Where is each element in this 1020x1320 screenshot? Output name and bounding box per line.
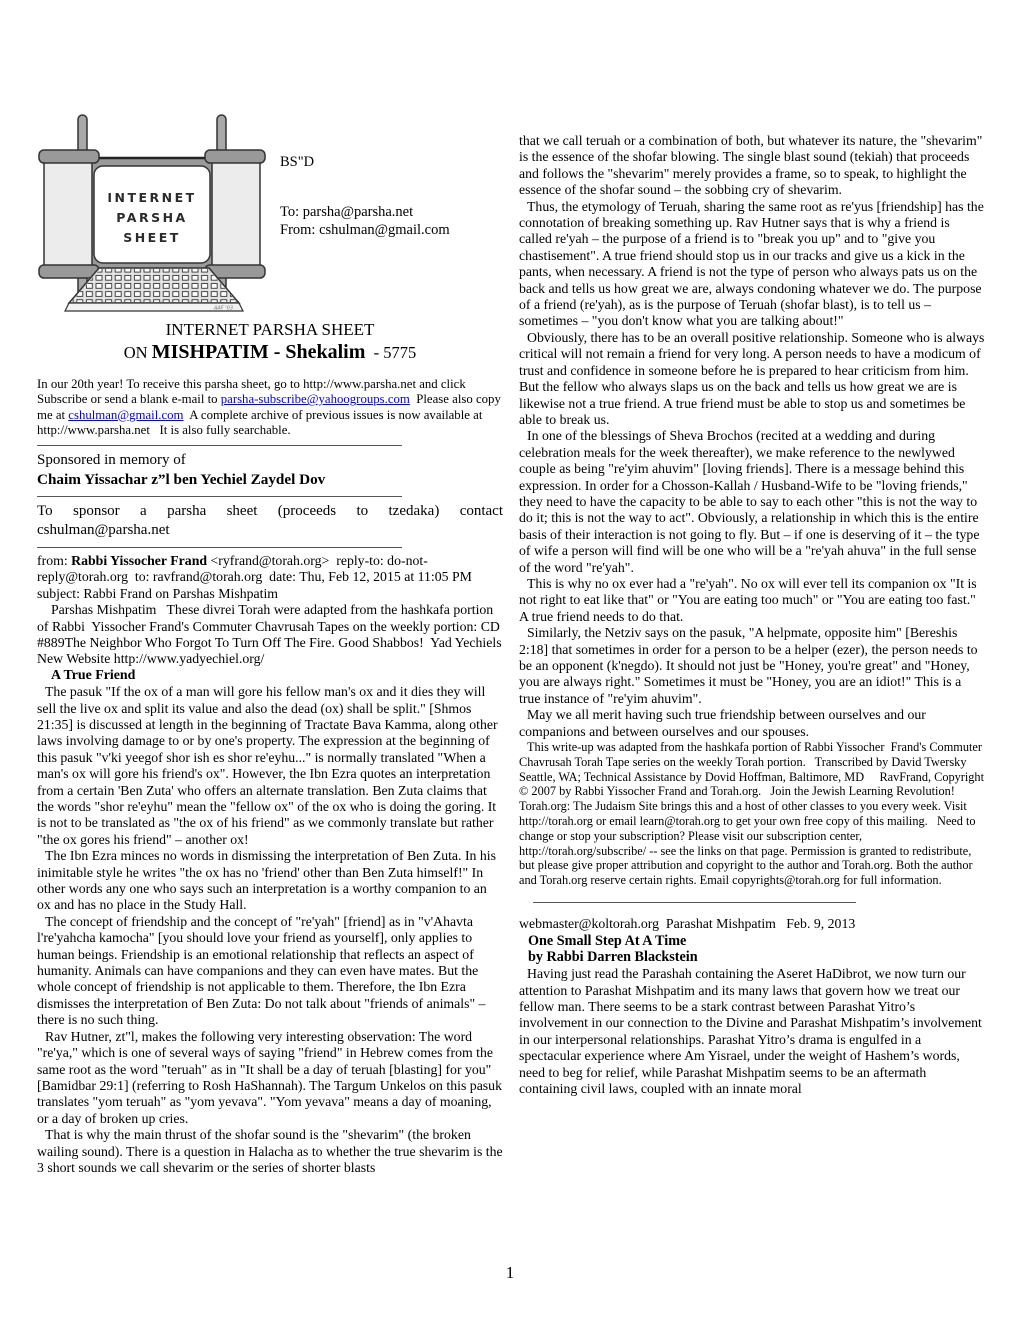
body-paragraph: Having just read the Parashah containing… — [519, 966, 985, 1097]
page-number: 1 — [0, 1263, 1020, 1283]
parsha-title-year: - 5775 — [365, 343, 416, 362]
internet-parsha-sheet-logo: INTERNET PARSHA SHEET — [37, 112, 267, 314]
email-from-name: Rabbi Yissocher Frand — [71, 553, 207, 568]
body-paragraph: that we call teruah or a combination of … — [519, 133, 985, 199]
body-paragraph: Similarly, the Netziv says on the pasuk,… — [519, 625, 985, 707]
sheet-title: INTERNET PARSHA SHEET — [37, 319, 503, 340]
article2-byline: by Rabbi Darren Blackstein — [519, 949, 985, 966]
separator — [37, 445, 402, 446]
body-paragraph: Rav Hutner, zt"l, makes the following ve… — [37, 1029, 503, 1127]
article2-meta: webmaster@koltorah.org Parashat Mishpati… — [519, 916, 985, 933]
separator — [533, 902, 856, 903]
body-paragraph: The pasuk "If the ox of a man will gore … — [37, 684, 503, 848]
body-paragraph: Thus, the etymology of Teruah, sharing t… — [519, 199, 985, 330]
left-column: INTERNET PARSHA SHEET — [37, 110, 503, 1176]
masthead: INTERNET PARSHA SHEET — [37, 110, 503, 316]
article-lede: Parshas Mishpatim These divrei Torah wer… — [37, 602, 503, 668]
body-paragraph: That is why the main thrust of the shofa… — [37, 1127, 503, 1176]
logo-signature: AAF '03 — [213, 306, 233, 312]
body-paragraph: May we all merit having such true friend… — [519, 707, 985, 740]
logo-text-line2: PARSHA — [116, 210, 187, 225]
email-from-label: from: — [37, 553, 71, 568]
bsd-label: BS"D — [280, 154, 314, 171]
article2-heading: One Small Step At A Time — [519, 933, 985, 950]
sponsor-memory-label: Sponsored in memory of — [37, 451, 503, 471]
copyright-fine-print: This write-up was adapted from the hashk… — [519, 740, 985, 888]
subscribe-email-link[interactable]: parsha-subscribe@yahoogroups.com — [221, 392, 410, 406]
logo-text-line3: SHEET — [123, 230, 181, 245]
separator — [37, 547, 402, 548]
body-paragraph: This is why no ox ever had a "re'yah". N… — [519, 576, 985, 625]
to-line: To: parsha@parsha.net — [280, 204, 450, 222]
parsha-sheet-page: INTERNET PARSHA SHEET — [0, 0, 1020, 1320]
sponsor-contact: To sponsor a parsha sheet (proceeds to t… — [37, 502, 503, 541]
section-heading: A True Friend — [37, 668, 503, 684]
body-paragraph: In one of the blessings of Sheva Brochos… — [519, 428, 985, 576]
address-block: To: parsha@parsha.net From: cshulman@gma… — [280, 204, 450, 239]
email-meta: from: Rabbi Yissocher Frand <ryfrand@tor… — [37, 553, 503, 603]
body-paragraph: Obviously, there has to be an overall po… — [519, 330, 985, 428]
parsha-title-prefix: ON — [124, 343, 152, 362]
logo-text-line1: INTERNET — [107, 190, 196, 205]
sponsor-memory-name: Chaim Yissachar z”l ben Yechiel Zaydel D… — [37, 470, 503, 490]
parsha-title: ON MISHPATIM - Shekalim - 5775 — [37, 340, 503, 365]
parsha-title-name: MISHPATIM - Shekalim — [152, 341, 366, 363]
body-paragraph: The concept of friendship and the concep… — [37, 914, 503, 1029]
right-column: that we call teruah or a combination of … — [519, 133, 985, 1097]
subscription-note: In our 20th year! To receive this parsha… — [37, 377, 503, 439]
body-paragraph: The Ibn Ezra minces no words in dismissi… — [37, 848, 503, 914]
copy-email-link[interactable]: cshulman@gmail.com — [68, 408, 183, 422]
separator — [37, 496, 402, 497]
from-line: From: cshulman@gmail.com — [280, 222, 450, 240]
